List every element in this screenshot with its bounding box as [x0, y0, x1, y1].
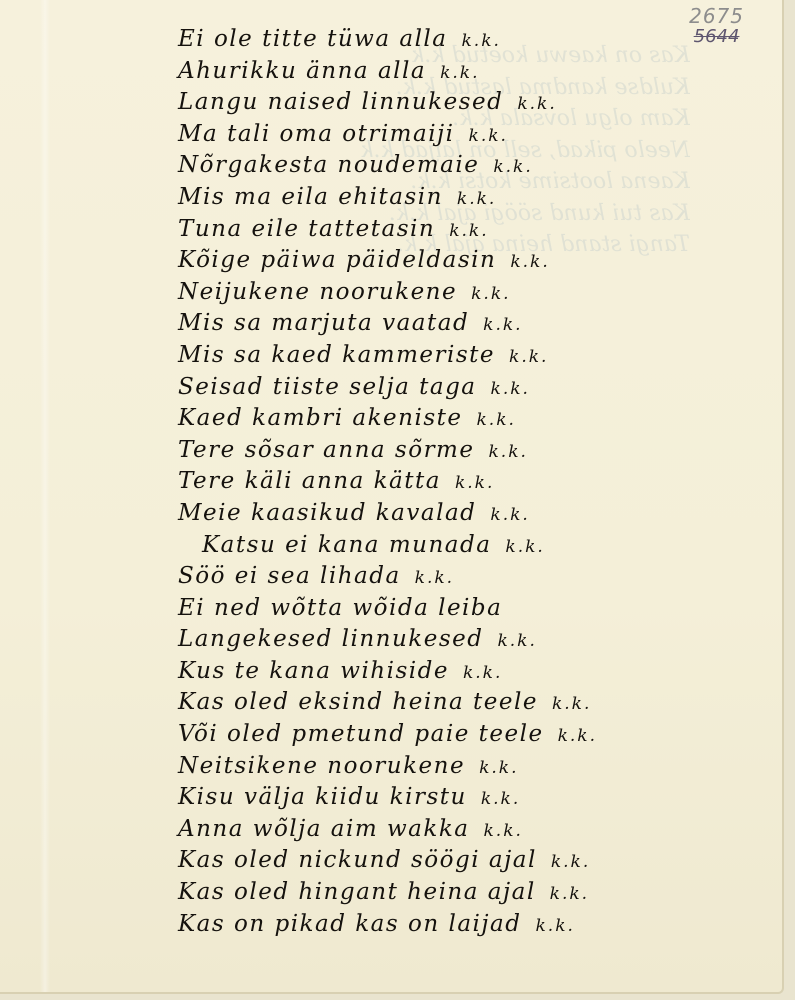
song-line: Ei ole titte tüwa allak.k. — [178, 24, 738, 56]
refrain-marker: k.k. — [491, 379, 530, 399]
line-text: Ei ned wõtta wõida leiba — [178, 595, 502, 621]
song-line: Kisu välja kiidu kirstuk.k. — [178, 782, 738, 814]
line-text: Meie kaasikud kavalad — [178, 500, 476, 526]
refrain-marker: k.k. — [457, 189, 496, 209]
refrain-marker: k.k. — [488, 442, 527, 462]
refrain-marker: k.k. — [510, 252, 549, 272]
refrain-marker: k.k. — [483, 315, 522, 335]
line-text: Ei ole titte tüwa alla — [178, 26, 448, 52]
song-line: Mis ma eila ehitasink.k. — [178, 182, 738, 214]
song-line: Tere sõsar anna sõrmek.k. — [178, 435, 738, 467]
refrain-marker: k.k. — [462, 31, 501, 51]
refrain-marker: k.k. — [535, 916, 574, 936]
line-text: Kus te kana wihiside — [178, 658, 449, 684]
line-text: Anna wõlja aim wakka — [178, 816, 469, 842]
song-line: Tere käli anna kättak.k. — [178, 466, 738, 498]
song-line: Ei ned wõtta wõida leiba — [178, 593, 738, 625]
line-text: Ma tali oma otrimaiji — [178, 121, 455, 147]
line-text: Katsu ei kana munada — [202, 532, 491, 558]
song-line: Anna wõlja aim wakkak.k. — [178, 814, 738, 846]
song-line: Ma tali oma otrimaijik.k. — [178, 119, 738, 151]
line-text: Kõige päiwa päideldasin — [178, 247, 496, 273]
line-text: Kas oled hingant heina ajal — [178, 879, 536, 905]
refrain-marker: k.k. — [552, 694, 591, 714]
line-text: Nõrgakesta noudemaie — [178, 152, 479, 178]
refrain-marker: k.k. — [558, 726, 597, 746]
manuscript-page: Kas on kaewu koetud k.k.Kuldse kandma la… — [0, 0, 784, 994]
song-line: Katsu ei kana munadak.k. — [178, 530, 738, 562]
line-text: Mis sa marjuta vaatad — [178, 310, 469, 336]
song-line: Neitsikene noorukenek.k. — [178, 751, 738, 783]
refrain-marker: k.k. — [469, 126, 508, 146]
song-line: Langekesed linnukesedk.k. — [178, 624, 738, 656]
refrain-marker: k.k. — [517, 94, 556, 114]
refrain-marker: k.k. — [493, 157, 532, 177]
song-line: Või oled pmetund paie teelek.k. — [178, 719, 738, 751]
song-line: Ahurikku änna allak.k. — [178, 56, 738, 88]
song-line: Kus te kana wihisidek.k. — [178, 656, 738, 688]
line-text: Või oled pmetund paie teele — [178, 721, 544, 747]
line-text: Tuna eile tattetasin — [178, 216, 435, 242]
refrain-marker: k.k. — [490, 505, 529, 525]
line-text: Neijukene noorukene — [178, 279, 457, 305]
song-line: Kas oled nickund söögi ajalk.k. — [178, 845, 738, 877]
song-line: Neijukene noorukenek.k. — [178, 277, 738, 309]
line-text: Kas oled eksind heina teele — [178, 689, 538, 715]
refrain-marker: k.k. — [476, 410, 515, 430]
song-line: Kas oled hingant heina ajalk.k. — [178, 877, 738, 909]
song-line: Meie kaasikud kavaladk.k. — [178, 498, 738, 530]
song-line: Mis sa marjuta vaatadk.k. — [178, 308, 738, 340]
line-text: Neitsikene noorukene — [178, 753, 465, 779]
refrain-marker: k.k. — [479, 758, 518, 778]
refrain-marker: k.k. — [505, 537, 544, 557]
song-line: Söö ei sea lihadak.k. — [178, 561, 738, 593]
refrain-marker: k.k. — [509, 347, 548, 367]
line-text: Mis ma eila ehitasin — [178, 184, 443, 210]
line-text: Langu naised linnukesed — [178, 89, 503, 115]
line-text: Söö ei sea lihada — [178, 563, 401, 589]
line-text: Tere käli anna kätta — [178, 468, 441, 494]
line-text: Ahurikku änna alla — [178, 58, 426, 84]
line-text: Langekesed linnukesed — [178, 626, 483, 652]
refrain-marker: k.k. — [449, 221, 488, 241]
song-line: Kaed kambri akenistek.k. — [178, 403, 738, 435]
refrain-marker: k.k. — [440, 63, 479, 83]
refrain-marker: k.k. — [551, 852, 590, 872]
song-line: Mis sa kaed kammeristek.k. — [178, 340, 738, 372]
line-text: Kisu välja kiidu kirstu — [178, 784, 467, 810]
refrain-marker: k.k. — [463, 663, 502, 683]
song-line: Kas oled eksind heina teelek.k. — [178, 687, 738, 719]
refrain-marker: k.k. — [481, 789, 520, 809]
line-text: Kas on pikad kas on laijad — [178, 911, 521, 937]
song-line: Kas on pikad kas on laijadk.k. — [178, 909, 738, 941]
refrain-marker: k.k. — [497, 631, 536, 651]
song-line: Kõige päiwa päideldasink.k. — [178, 245, 738, 277]
line-text: Kas oled nickund söögi ajal — [178, 847, 537, 873]
refrain-marker: k.k. — [550, 884, 589, 904]
song-line: Nõrgakesta noudemaiek.k. — [178, 150, 738, 182]
song-line: Tuna eile tattetasink.k. — [178, 214, 738, 246]
page-fold-shadow — [40, 0, 50, 992]
refrain-marker: k.k. — [455, 473, 494, 493]
line-text: Mis sa kaed kammeriste — [178, 342, 495, 368]
line-text: Tere sõsar anna sõrme — [178, 437, 474, 463]
line-text: Seisad tiiste selja taga — [178, 374, 477, 400]
song-line: Langu naised linnukesedk.k. — [178, 87, 738, 119]
song-line: Seisad tiiste selja tagak.k. — [178, 372, 738, 404]
refrain-marker: k.k. — [415, 568, 454, 588]
refrain-marker: k.k. — [471, 284, 510, 304]
refrain-marker: k.k. — [483, 821, 522, 841]
song-lines: Ei ole titte tüwa allak.k.Ahurikku änna … — [178, 24, 738, 940]
line-text: Kaed kambri akeniste — [178, 405, 462, 431]
